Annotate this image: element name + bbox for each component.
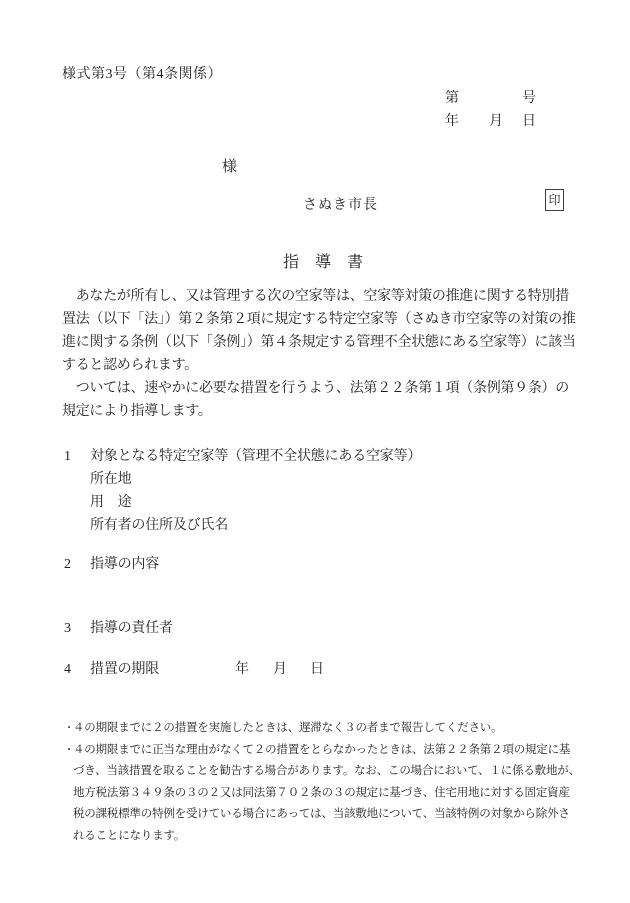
item-label: 措置の期限 <box>90 662 159 677</box>
item-label: 対象となる特定空家等（管理不全状態にある空家等） <box>90 449 421 464</box>
item-number: 4 <box>64 658 90 681</box>
item-number: 3 <box>64 617 90 640</box>
body-line: 規定により指導します。 <box>62 400 582 423</box>
note-text: ４の期限までに２の措置を実施したときは、遅滞なく３の者まで報告してください。 <box>73 722 502 734</box>
bullet-icon: ・ <box>64 718 73 740</box>
body-line: 置法（以下「法」）第２条第２項に規定する特定空家等（さぬき市空家等の対策の推 <box>62 308 582 331</box>
body-paragraphs: あなたが所有し、又は管理する次の空家等は、空家等対策の推進に関する特別措 置法（… <box>62 285 582 423</box>
item-number: 1 <box>64 445 90 468</box>
note-line: ・４の期限までに正当な理由がなくて２の措置をとらなかったときは、法第２２条第２項… <box>64 740 584 762</box>
item-3-responsible-person: 3指導の責任者 <box>64 617 173 640</box>
document-title: 指 導 書 <box>283 249 363 272</box>
body-line: 進に関する条例（以下「条例」）第４条規定する管理不全状態にある空家等）に該当 <box>62 331 582 354</box>
item-4-deadline: 4措置の期限 年 月 日 <box>64 658 464 681</box>
item-1-heading: 1対象となる特定空家等（管理不全状態にある空家等） <box>64 445 421 468</box>
document-number-prefix: 第 <box>445 87 459 107</box>
document-number-suffix: 号 <box>522 87 536 107</box>
item-label: 指導の責任者 <box>90 621 173 636</box>
sub-item-location: 所在地 <box>64 468 421 491</box>
item-number: 2 <box>64 553 90 576</box>
deadline-year-label: 年 <box>235 658 249 681</box>
addressee-suffix: 様 <box>222 155 237 176</box>
note-line: れることになります。 <box>64 826 584 848</box>
item-2-guidance-content: 2指導の内容 <box>64 553 159 576</box>
note-text: ４の期限までに正当な理由がなくて２の措置をとらなかったときは、法第２２条第２項の… <box>73 744 570 756</box>
body-line: あなたが所有し、又は管理する次の空家等は、空家等対策の推進に関する特別措 <box>62 285 582 308</box>
issue-date-month-label: 月 <box>489 110 503 130</box>
official-seal-placeholder: 印 <box>545 189 564 211</box>
item-1-target-building: 1対象となる特定空家等（管理不全状態にある空家等） 所在地 用 途 所有者の住所… <box>64 445 421 537</box>
issue-date-day-label: 日 <box>522 110 536 130</box>
body-line: ついては、速やかに必要な措置を行うよう、法第２２条第１項（条例第９条）の <box>62 377 582 400</box>
issue-date-year-label: 年 <box>445 110 459 130</box>
body-line: すると認められます。 <box>62 354 582 377</box>
document-page: 様式第3号（第4条関係） 第 号 年 月 日 様 さぬき市長 印 指 導 書 あ… <box>0 0 630 903</box>
note-line: 地方税法第３４９条の３の２又は同法第７０２条の３の規定に基づき、住宅用地に対する… <box>64 783 584 805</box>
deadline-day-label: 日 <box>310 658 324 681</box>
deadline-month-label: 月 <box>273 658 287 681</box>
note-line: ・４の期限までに２の措置を実施したときは、遅滞なく３の者まで報告してください。 <box>64 718 584 740</box>
sender-title: さぬき市長 <box>303 194 378 214</box>
note-line: づき、当該措置を取ることを勧告する場合があります。なお、この場合において、１に係… <box>64 761 584 783</box>
form-number-label: 様式第3号（第4条関係） <box>62 63 222 83</box>
sub-item-owner-address-name: 所有者の住所及び氏名 <box>64 514 421 537</box>
note-line: 税の課税標準の特例を受けている場合にあっては、当該敷地について、当該特例の対象か… <box>64 804 584 826</box>
notes-section: ・４の期限までに２の措置を実施したときは、遅滞なく３の者まで報告してください。 … <box>64 718 584 847</box>
item-label: 指導の内容 <box>90 557 159 572</box>
bullet-icon: ・ <box>64 740 73 762</box>
sub-item-usage: 用 途 <box>64 491 421 514</box>
